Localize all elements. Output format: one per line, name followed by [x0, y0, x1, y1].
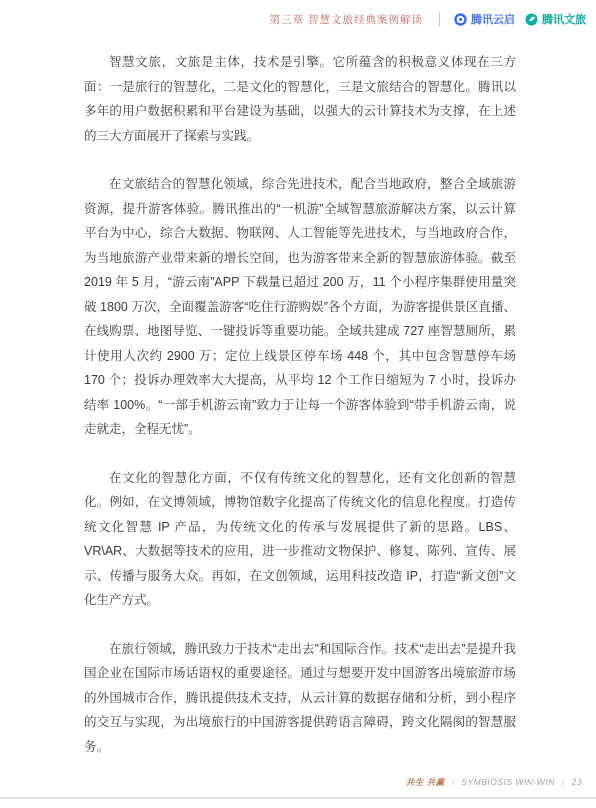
tencent-wenlv-logo-icon — [525, 13, 538, 26]
chapter-title: 第三章 智慧文旅经典案例解读 — [270, 12, 423, 27]
footer-slogan-cn: 共生 共赢 — [406, 776, 445, 788]
tencent-yunqi-logo-icon — [454, 13, 467, 26]
tencent-yunqi-logo-label: 腾讯云启 — [471, 11, 515, 27]
page-body: 智慧文旅，文旅是主体，技术是引擎。它所蕴含的积极意义体现在三方面：一是旅行的智慧… — [84, 50, 516, 783]
footer-separator-1: | — [452, 777, 455, 787]
tencent-wenlv-logo-label: 腾讯文旅 — [542, 11, 586, 27]
page-header: 第三章 智慧文旅经典案例解读 腾讯云启 腾讯文旅 — [270, 11, 590, 27]
body-paragraph-4: 在旅行领域，腾讯致力于技术“走出去”和国际合作。技术“走出去”是提升我国企业在国… — [84, 637, 516, 760]
body-paragraph-2: 在文旅结合的智慧化领域，综合先进技术，配合当地政府，整合全域旅游资源，提升游客体… — [84, 172, 516, 442]
document-page: 第三章 智慧文旅经典案例解读 腾讯云启 腾讯文旅 智慧文旅，文旅是主体，技术是 — [0, 0, 596, 808]
page-footer: 共生 共赢 | SYMBIOSIS WIN-WIN | 23 — [406, 776, 582, 788]
tencent-wenlv-logo: 腾讯文旅 — [525, 11, 586, 27]
body-paragraph-1: 智慧文旅，文旅是主体，技术是引擎。它所蕴含的积极意义体现在三方面：一是旅行的智慧… — [84, 50, 516, 148]
footer-page-number: 23 — [572, 777, 582, 787]
footer-separator-2: | — [562, 777, 565, 787]
footer-slogan-en: SYMBIOSIS WIN-WIN — [461, 777, 555, 787]
header-divider — [439, 12, 440, 27]
footer-accent-line — [0, 797, 596, 799]
body-paragraph-3: 在文化的智慧化方面，不仅有传统文化的智慧化，还有文化创新的智慧化。例如，在文博领… — [84, 466, 516, 613]
tencent-yunqi-logo: 腾讯云启 — [454, 11, 515, 27]
